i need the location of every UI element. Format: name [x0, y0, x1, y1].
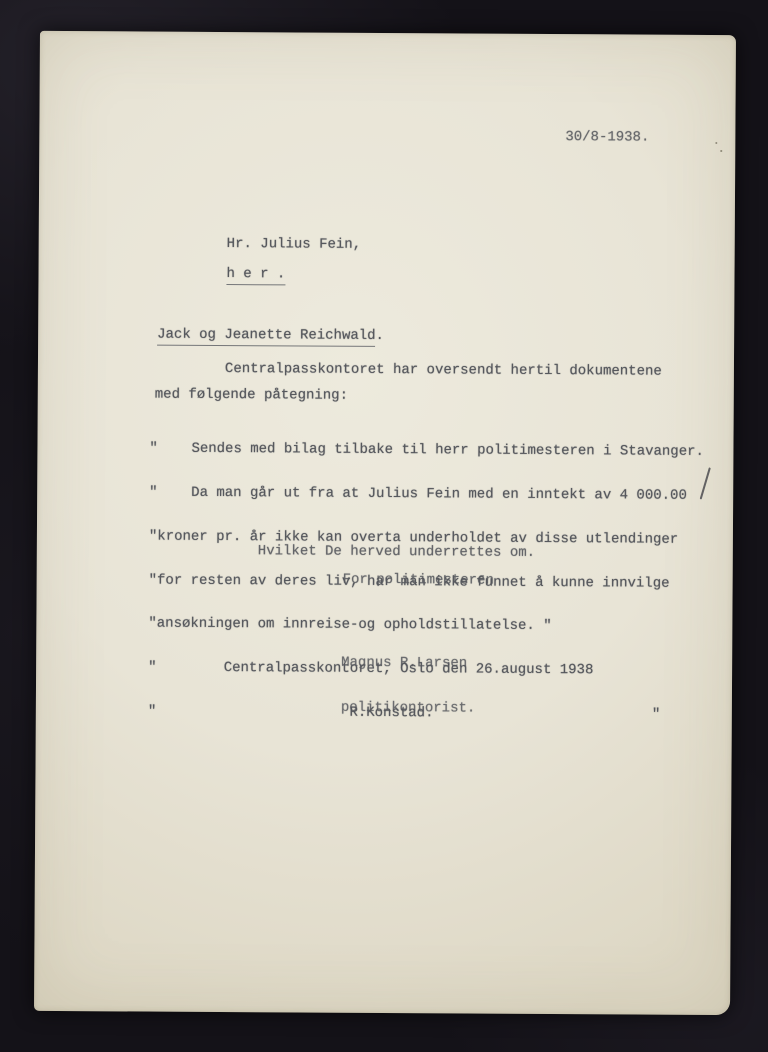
- subject-text: Jack og Jeanette Reichwald: [157, 327, 376, 347]
- scan-background: 30/8-1938. Hr. Julius Fein, h e r . Jack…: [0, 0, 768, 1052]
- signing-authority-line: For politimesteren: [343, 572, 494, 589]
- addressee-location-text: h e r .: [226, 266, 285, 285]
- quote-line: " Da man går ut fra at Julius Fein med e…: [149, 486, 704, 504]
- date-line: 30/8-1938.: [565, 129, 649, 146]
- addressee-location: h e r .: [226, 266, 285, 282]
- body-line-2: med følgende påtegning:: [155, 387, 348, 404]
- body-line-1: Centralpasskontoret har oversendt hertil…: [225, 361, 662, 380]
- paper-speck: [720, 150, 722, 152]
- letter-page: 30/8-1938. Hr. Julius Fein, h e r . Jack…: [34, 31, 736, 1015]
- signature-name: Magnus R.Larsen: [341, 656, 476, 672]
- closing-line: Hvilket De herved underrettes om.: [258, 543, 535, 561]
- quote-line: " Sendes med bilag tilbake til herr poli…: [149, 442, 704, 460]
- paper-speck: [715, 142, 717, 144]
- signature-title: politikontorist.: [341, 701, 476, 717]
- subject-line: Jack og Jeanette Reichwald.: [157, 327, 384, 344]
- signature-block: Magnus R.Larsen politikontorist.: [341, 626, 476, 747]
- addressee-name: Hr. Julius Fein,: [227, 236, 362, 253]
- subject-period: .: [376, 328, 385, 344]
